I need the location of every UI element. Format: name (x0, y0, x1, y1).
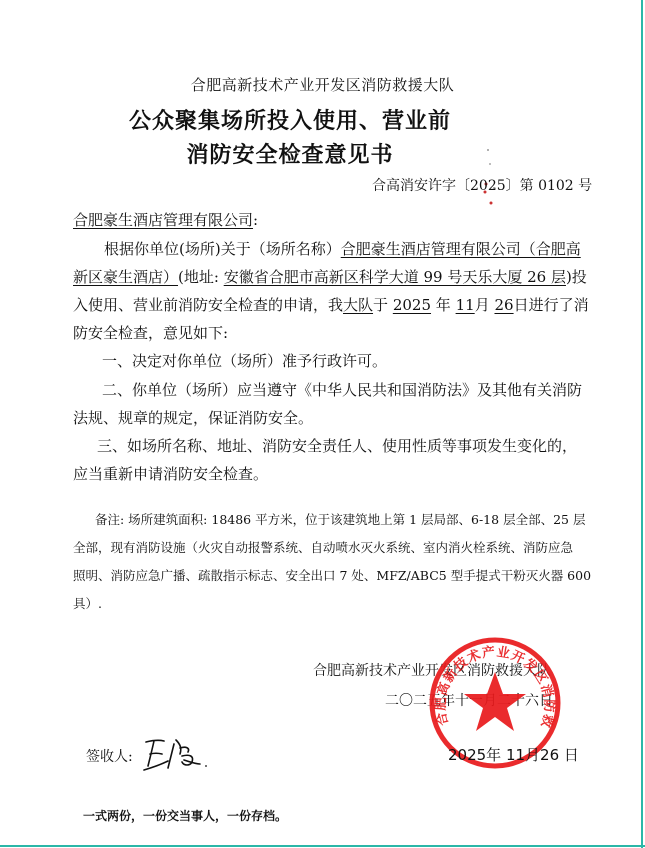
inspection-year: 2025 (393, 296, 431, 314)
handwritten-signature (140, 734, 210, 774)
body-line-4: 防安全检查，意见如下: (73, 319, 228, 347)
body-line-3: 入使用、营业前消防安全检查的申请，我大队于 2025 年 11月 26日进行了消 (73, 291, 589, 319)
opinion-item-3-line2: 应当重新申请消防安全检查。 (73, 460, 268, 488)
address-prefix: (地址: (178, 268, 224, 286)
remark-line-1: 备注: 场所建筑面积: 18486 平方米，位于该建筑地上第 1 层局部、6-1… (95, 506, 585, 534)
text-nian: 年 (436, 296, 451, 314)
venue-name: 合肥豪生酒店管理有限公司（合肥高 (341, 240, 581, 258)
opinion-item-3-line1: 三、如场所名称、地址、消防安全责任人、使用性质等事项发生变化的， (97, 432, 577, 460)
body-intro-text: 根据你单位(场所)关于（场所名称） (104, 240, 341, 258)
opinion-item-1: 一、决定对你单位（场所）准予行政许可。 (102, 347, 387, 375)
page-border-bottom (0, 845, 645, 847)
agency-header: 合肥高新技术产业开发区消防救援大队 (0, 74, 645, 95)
document-number: 合高消安许字〔2025〕第 0102 号 (372, 175, 592, 195)
document-title-line1: 公众聚集场所投入使用、营业前 (0, 104, 580, 135)
remark-line-2: 全部，现有消防设施（火灾自动报警系统、自动喷水灭火系统、室内消火栓系统、消防应急 (73, 534, 573, 562)
page-border-right (641, 0, 643, 848)
addressee-line: 合肥豪生酒店管理有限公司: (73, 206, 258, 234)
venue-name-cont: 新区豪生酒店） (73, 268, 178, 286)
inspection-day: 26 (494, 296, 513, 314)
inspection-done-text: 日进行了消 (514, 296, 589, 314)
inspecting-unit: 大队 (343, 296, 373, 314)
inspection-month: 11 (456, 296, 475, 314)
application-text: 入使用、营业前消防安全检查的申请，我 (73, 296, 343, 314)
addressee-colon: : (253, 211, 258, 229)
body-line-2: 新区豪生酒店）(地址: 安徽省合肥市高新区科学大道 99 号天乐大厦 26 层)… (73, 263, 587, 291)
address-suffix: )投 (566, 268, 587, 286)
addressee-name: 合肥豪生酒店管理有限公司 (73, 211, 253, 229)
remark-line-4: 具）. (73, 590, 102, 618)
text-yue: 月 (475, 296, 490, 314)
text-yu: 于 (373, 296, 388, 314)
body-line-1: 根据你单位(场所)关于（场所名称）合肥豪生酒店管理有限公司（合肥高 (104, 235, 581, 263)
receipt-date-handwritten: 2025年 11月26 日 (448, 744, 579, 765)
receiver-label: 签收人: (86, 746, 133, 766)
document-page: 合肥高新技术产业开发区消防救援大队 公众聚集场所投入使用、营业前 消防安全检查意… (0, 0, 645, 848)
opinion-item-2-line2: 法规、规章的规定，保证消防安全。 (73, 404, 313, 432)
opinion-item-2-line1: 二、你单位（场所）应当遵守《中华人民共和国消防法》及其他有关消防 (102, 376, 582, 404)
remark-line-3: 照明、消防应急广播、疏散指示标志、安全出口 7 处、MFZ/ABC5 型手提式干… (73, 562, 591, 590)
copies-note: 一式两份，一份交当事人，一份存档。 (83, 807, 287, 824)
venue-address: 安徽省合肥市高新区科学大道 99 号天乐大厦 26 层 (224, 268, 566, 286)
